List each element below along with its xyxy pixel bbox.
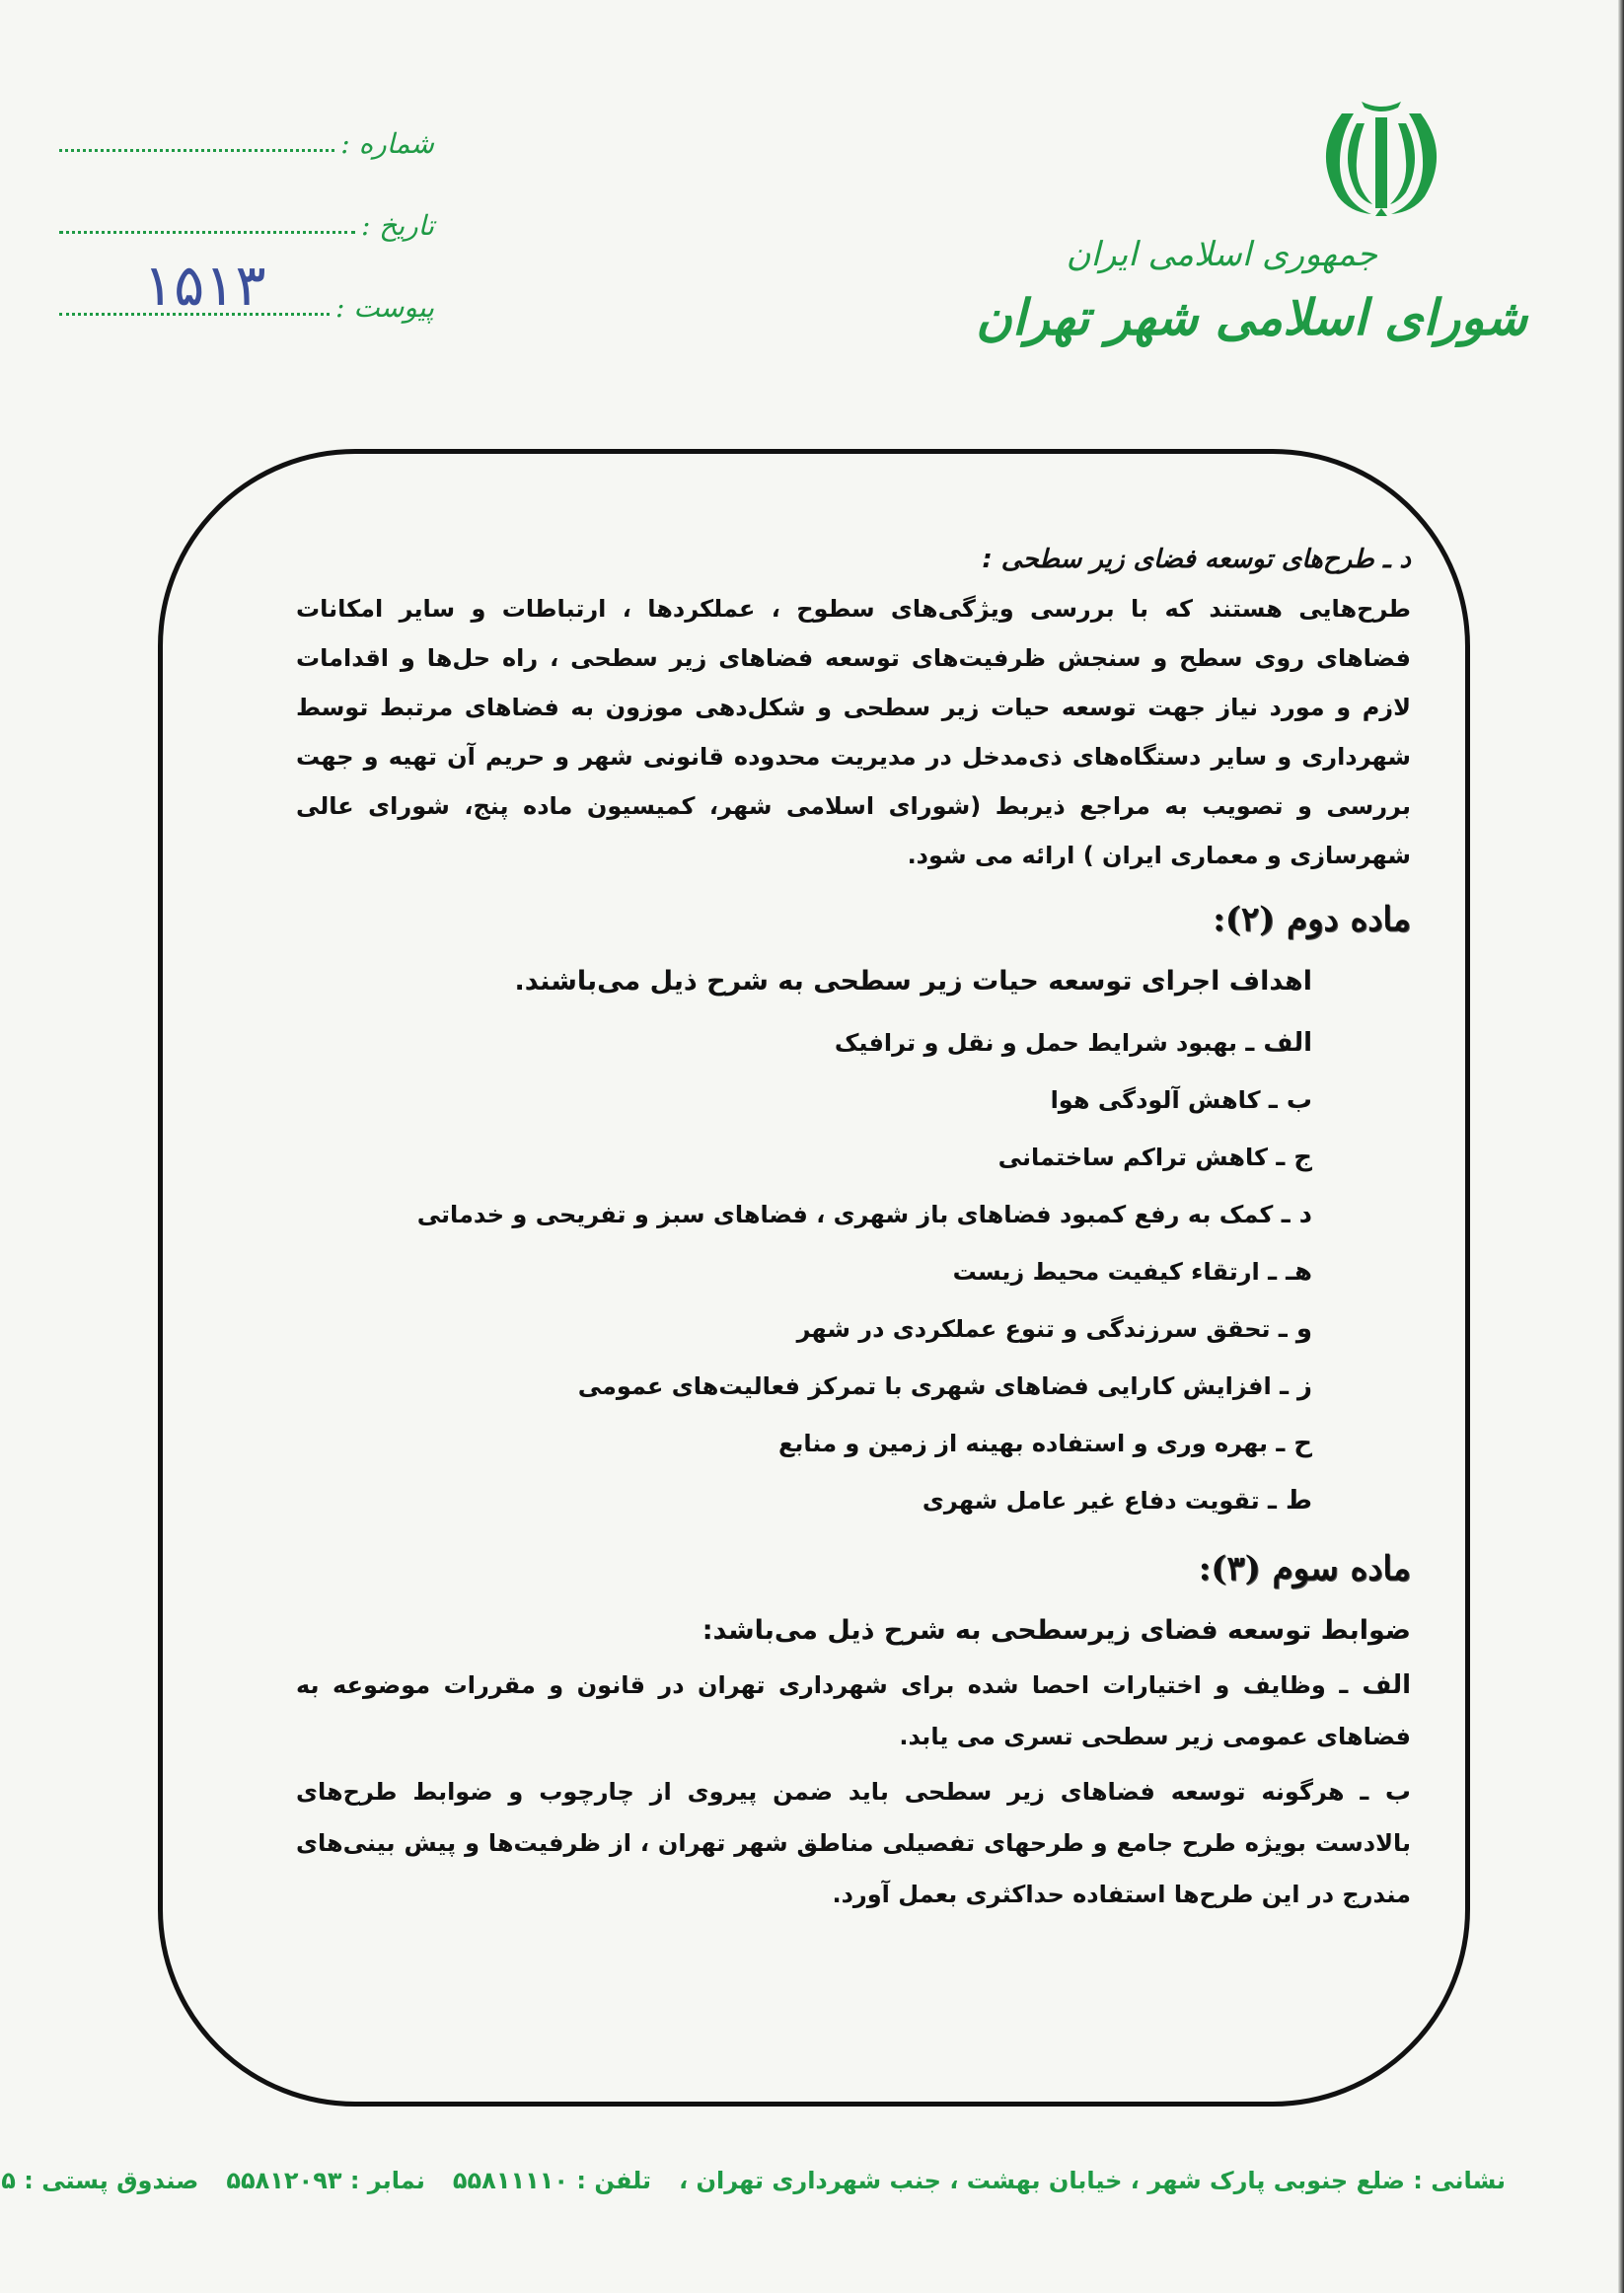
goal-item: هـ ـ ارتقاء کیفیت محیط زیست [296,1243,1312,1300]
goal-item: و ـ تحقق سرزندگی و تنوع عملکردی در شهر [296,1300,1312,1358]
scan-edge [1618,0,1624,2293]
article-3-title: ماده سوم (۳): [296,1549,1411,1589]
goal-item: ب ـ کاهش آلودگی هوا [296,1072,1312,1129]
date-label: تاریخ : [355,209,434,242]
article-2-intro: اهداف اجرای توسعه حیات زیر سطحی به شرح ذ… [296,953,1312,1010]
goal-item: ج ـ کاهش تراکم ساختمانی [296,1129,1312,1186]
number-field: شماره : [59,111,434,160]
number-label: شماره : [334,127,434,160]
section-d-paragraph: طرح‌هایی هستند که با بررسی ویژگی‌های سطو… [296,584,1411,880]
attachment-dots: ۱۵۱۳ [59,313,330,316]
goal-item: ط ـ تقویت دفاع غیر عامل شهری [296,1472,1312,1529]
footer-contact: نشانی : ضلع جنوبی پارک شهر ، خیابان بهشت… [0,2167,1506,2194]
goal-item: ز ـ افزایش کارایی فضاهای شهری با تمرکز ف… [296,1358,1312,1415]
goal-item: الف ـ بهبود شرایط حمل و نقل و ترافیک [296,1014,1312,1072]
attachment-label: پیوست : [330,291,434,324]
footer-fax: نمابر : ۵۵۸۱۲۰۹۳ [226,2167,425,2194]
footer-po-box: صندوق پستی : ۱۱۳۶۵ / ۴۳۸۹ [0,2167,198,2194]
date-dots [59,231,355,234]
council-name: شورای اسلامی شهر تهران [976,288,1527,346]
footer-address: نشانی : ضلع جنوبی پارک شهر ، خیابان بهشت… [679,2167,1506,2194]
goal-item: د ـ کمک به رفع کمبود فضاهای باز شهری ، ف… [296,1186,1312,1243]
section-d-heading: د ـ طرح‌های توسعه فضای زیر سطحی : [296,545,1411,574]
republic-name: جمهوری اسلامی ایران [1067,235,1377,274]
number-dots [59,149,334,152]
goal-item: ح ـ بهره وری و استفاده بهینه از زمین و م… [296,1415,1312,1472]
document-body: د ـ طرح‌های توسعه فضای زیر سطحی : طرح‌ها… [296,533,1411,1924]
article-2-title: ماده دوم (۲): [296,900,1411,939]
rule-item: الف ـ وظایف و اختیارات احصا شده برای شهر… [296,1660,1411,1762]
article-2-block: اهداف اجرای توسعه حیات زیر سطحی به شرح ذ… [296,953,1411,1529]
iran-emblem-icon [1312,94,1450,222]
date-field: تاریخ : [59,192,434,242]
attachment-field: پیوست : ۱۵۱۳ [59,274,434,324]
handwritten-number: ۱۵۱۳ [143,252,266,319]
article-3-intro: ضوابط توسعه فضای زیرسطحی به شرح ذیل می‌ب… [296,1602,1411,1660]
footer-phone: تلفن : ۵۵۸۱۱۱۱۰ [453,2167,651,2194]
rule-item: ب ـ هرگونه توسعه فضاهای زیر سطحی باید ضم… [296,1766,1411,1920]
